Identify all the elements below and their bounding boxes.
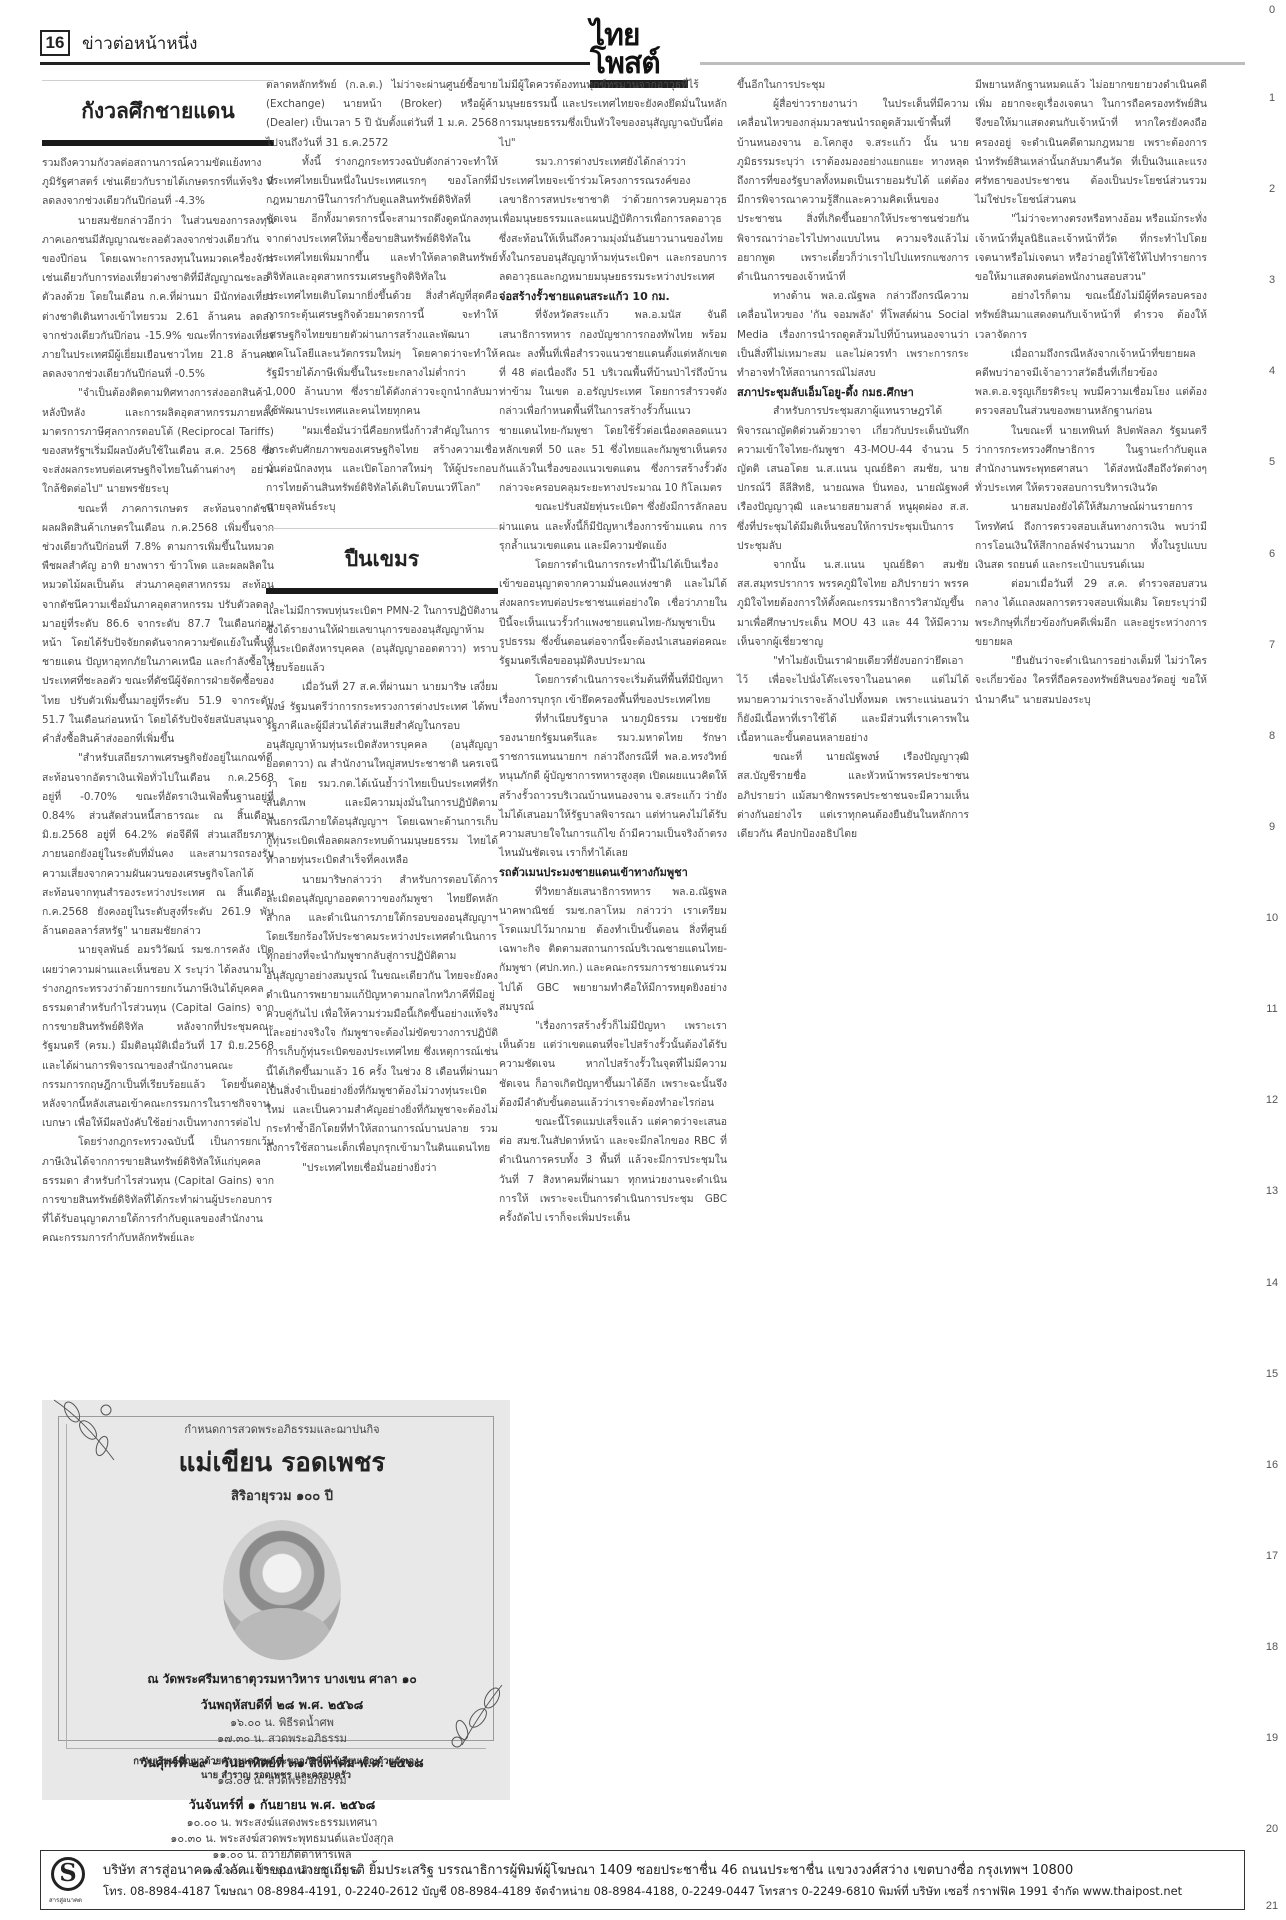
paragraph: จากนั้น น.ส.แนน บุณย์ธิดา สมชัย สส.สมุทร…: [737, 556, 969, 652]
paragraph: นายจุลพันธ์ อมรวิวัฒน์ รมช.การคลัง เปิดเ…: [42, 941, 274, 1133]
paragraph: ที่จังหวัดสระแก้ว พล.อ.มนัส จันดี เสนาธิ…: [499, 306, 727, 498]
paragraph: ต่อมาเมื่อวันที่ 29 ส.ค. ตำรวจสอบสวนกลาง…: [975, 575, 1207, 652]
deceased-name: แม่เขียน รอดเพชร: [92, 1442, 472, 1483]
publisher-info: บริษัท สารสู่อนาคต จำกัด เจ้าของ นายชูเก…: [103, 1859, 1073, 1880]
paragraph: ในขณะที่ นายเทพินท์ ลิปตพัลลภ รัฐมนตรีว่…: [975, 422, 1207, 499]
column-5: มีพยานหลักฐานหมดแล้ว ไม่อยากขยายวงดำเนิน…: [975, 76, 1207, 710]
ruler-mark: 20: [1262, 1823, 1282, 1835]
ruler-mark: 8: [1262, 730, 1282, 742]
paragraph: ขณะที่ ภาคการเกษตร สะท้อนจากดัชนีผลผลิตส…: [42, 500, 274, 750]
title-underline: [42, 140, 274, 146]
schedule-event: ๑๐.๓๐ น. พระสงฆ์สวดพระพุทธมนต์และบังสุกุ…: [92, 1831, 472, 1847]
page-header: 16 ข่าวต่อหน้าหนึ่ง ไทยโพสต์: [40, 22, 1245, 64]
page-ruler: 0 1 2 3 4 5 6 7 8 9 10 11 12 13 14 15 16…: [1262, 0, 1282, 1920]
ruler-mark: 11: [1262, 1003, 1282, 1015]
ruler-mark: 13: [1262, 1185, 1282, 1197]
paragraph: "ทำไมยังเป็นเราฝ่ายเดียวที่ยังบอกว่ายึดเ…: [737, 652, 969, 748]
subheading: สภาประชุมลับเอ็มโอยู-ดึ้ง กมธ.ศึกษา: [737, 383, 969, 402]
paragraph: ที่วิทยาลัยเสนาธิการทหาร พล.อ.ณัฐพล นาคพ…: [499, 883, 727, 1017]
masthead-title: ไทยโพสต์: [590, 22, 692, 78]
masthead-logo: ไทยโพสต์: [590, 22, 692, 62]
schedule-day: วันจันทร์ที่ ๑ กันยายน พ.ศ. ๒๕๖๘: [92, 1795, 472, 1815]
paragraph: "จำเป็นต้องติดตามทิศทางการส่งออกสินค้าหล…: [42, 384, 274, 499]
column-3: ไม่มีผู้ใดควรต้องทนทุกข์ทรมานจากอาวุธที่…: [499, 76, 727, 1228]
obituary-caption: กำหนดการสวดพระอภิธรรมและฌาปนกิจ: [92, 1420, 472, 1438]
obituary-notice: กำหนดการสวดพระอภิธรรมและฌาปนกิจ แม่เขียน…: [42, 1400, 510, 1800]
paragraph: ขึ้นอีกในการประชุม: [737, 76, 969, 95]
ruler-mark: 5: [1262, 456, 1282, 468]
paragraph: นายสมปองยังได้ให้สัมภาษณ์ผ่านรายการโทรทั…: [975, 498, 1207, 575]
ruler-mark: 2: [1262, 183, 1282, 195]
ruler-mark: 10: [1262, 912, 1282, 924]
schedule-event: ๑๖.๐๐ น. พิธีรดน้ำศพ: [92, 1715, 472, 1731]
ruler-mark: 12: [1262, 1094, 1282, 1106]
ruler-mark: 7: [1262, 639, 1282, 651]
article-title: กังวลศึกชายแดน: [42, 95, 274, 140]
ruler-mark: 6: [1262, 548, 1282, 560]
ruler-mark: 18: [1262, 1641, 1282, 1653]
publisher-contact: โทร. 08-8984-4187 โฆษณา 08-8984-4191, 0-…: [103, 1883, 1182, 1901]
ruler-mark: 1: [1262, 92, 1282, 104]
ruler-mark: 0: [1262, 4, 1282, 16]
publisher-footer: สารสู่อนาคต บริษัท สารสู่อนาคต จำกัด เจ้…: [40, 1850, 1245, 1910]
title-underline: [266, 588, 498, 594]
schedule-event: ๑๐.๐๐ น. พระสงฆ์แสดงพระธรรมเทศนา: [92, 1815, 472, 1831]
ruler-mark: 9: [1262, 821, 1282, 833]
column-1: กังวลศึกชายแดน รวมถึงความกังวลต่อสถานการ…: [42, 76, 274, 1249]
paragraph: เมื่อวันที่ 27 ส.ค.ที่ผ่านมา นายมาริษ เส…: [266, 678, 498, 870]
paragraph: ไม่มีผู้ใดควรต้องทนทุกข์ทรมานจากอาวุธที่…: [499, 76, 727, 153]
paragraph: นายสมชัยกล่าวอีกว่า ในส่วนของการลงทุนภาค…: [42, 212, 274, 385]
subheading: จ่อสร้างรั้วชายแดนสระแก้ว 10 กม.: [499, 287, 727, 306]
invitation-text: กราบเรียนเชิญมาด้วยความเคารพและขออภัยที่…: [52, 1755, 500, 1769]
deceased-portrait: [223, 1520, 341, 1660]
section-title: ข่าวต่อหน้าหนึ่ง: [82, 30, 197, 57]
paragraph: อย่างไรก็ตาม ขณะนี้ยังไม่มีผู้ที่ครอบครอ…: [975, 287, 1207, 345]
publisher-logo-caption: สารสู่อนาคต: [49, 1895, 82, 1905]
obituary-invitation: กราบเรียนเชิญมาด้วยความเคารพและขออภัยที่…: [52, 1755, 500, 1783]
host-name: นาย สำราญ รอดเพชร และครอบครัว: [52, 1769, 500, 1783]
ceremony-location: ณ วัดพระศรีมหาธาตุวรมหาวิหาร บางเขน ศาลา…: [92, 1670, 472, 1689]
ruler-mark: 14: [1262, 1277, 1282, 1289]
header-rule-grey: [700, 62, 1245, 65]
paragraph: ขณะปรับสมัยทุ่นระเบิดฯ ซึ่งยังมีการลักลอ…: [499, 498, 727, 556]
paragraph: "สำหรับเสถียรภาพเศรษฐกิจยังอยู่ในเกณฑ์ดี…: [42, 749, 274, 941]
paragraph: นายมาริษกล่าวว่า สำหรับการตอบโต้การละเมิ…: [266, 871, 498, 1159]
newspaper-page: 16 ข่าวต่อหน้าหนึ่ง ไทยโพสต์ กังวลศึกชาย…: [0, 0, 1286, 1920]
paragraph: มีพยานหลักฐานหมดแล้ว ไม่อยากขยายวงดำเนิน…: [975, 76, 1207, 210]
ruler-mark: 15: [1262, 1368, 1282, 1380]
paragraph: ขณะที่ นายณัฐพงษ์ เรืองปัญญาวุฒิ สส.บัญช…: [737, 748, 969, 844]
obituary-content: กำหนดการสวดพระอภิธรรมและฌาปนกิจ แม่เขียน…: [92, 1420, 472, 1879]
paragraph: "เรื่องการสร้างรั้วก็ไม่มีปัญหา เพราะเรา…: [499, 1017, 727, 1113]
paragraph: รวมถึงความกังวลต่อสถานการณ์ความขัดแย้งทา…: [42, 154, 274, 212]
paragraph: ทางด้าน พล.อ.ณัฐพล กล่าวถึงกรณีความเคลื่…: [737, 287, 969, 383]
paragraph: และไม่มีการพบทุ่นระเบิดฯ PMN-2 ในการปฏิบ…: [266, 602, 498, 679]
deceased-age: สิริอายุรวม ๑๐๐ ปี: [92, 1485, 472, 1506]
paragraph: "ยืนยันว่าจะดำเนินการอย่างเต็มที่ ไม่ว่า…: [975, 652, 1207, 710]
paragraph: ที่ทำเนียบรัฐบาล นายภูมิธรรม เวชยชัย รอง…: [499, 710, 727, 864]
ruler-mark: 19: [1262, 1732, 1282, 1744]
header-rule-black: [40, 62, 590, 65]
ruler-mark: 21: [1262, 1900, 1282, 1912]
article-title: ปืนเขมร: [266, 543, 498, 588]
ruler-mark: 4: [1262, 365, 1282, 377]
schedule-event: ๑๗.๓๐ น. สวดพระอภิธรรม: [92, 1731, 472, 1747]
publisher-logo-icon: [51, 1857, 85, 1891]
article-head-cambodia-mines: ปืนเขมร: [266, 528, 498, 594]
ruler-mark: 17: [1262, 1550, 1282, 1562]
paragraph: สำหรับการประชุมสภาผู้แทนราษฎรได้พิจารณาญ…: [737, 402, 969, 556]
column-4: ขึ้นอีกในการประชุม ผู้สื่อข่าวรายงานว่า …: [737, 76, 969, 844]
paragraph: รมว.การต่างประเทศยังได้กล่าวว่า ประเทศไท…: [499, 153, 727, 287]
paragraph: โดยการดำเนินการกระทำนี้ไม่ได้เป็นเรื่องเ…: [499, 556, 727, 671]
paragraph: ขณะนี้โรดแมปเสร็จแล้ว แต่คาดว่าจะเสนอต่อ…: [499, 1113, 727, 1228]
column-2: ตลาดหลักทรัพย์ (ก.ล.ต.) ไม่ว่าจะผ่านศูนย…: [266, 76, 498, 1178]
paragraph: โดยการดำเนินการจะเริ่มต้นที่พื้นที่มีปัญ…: [499, 671, 727, 709]
paragraph: ผู้สื่อข่าวรายงานว่า ในประเด็นที่มีความเ…: [737, 95, 969, 287]
paragraph: "ประเทศไทยเชื่อมั่นอย่างยิ่งว่า: [266, 1159, 498, 1178]
paragraph: โดยร่างกฎกระทรวงฉบับนี้ เป็นการยกเว้นภาษ…: [42, 1133, 274, 1248]
paragraph: ตลาดหลักทรัพย์ (ก.ล.ต.) ไม่ว่าจะผ่านศูนย…: [266, 76, 498, 153]
page-number: 16: [40, 30, 70, 56]
ruler-mark: 3: [1262, 274, 1282, 286]
paragraph: ทั้งนี้ ร่างกฎกระทรวงฉบับดังกล่าวจะทำให้…: [266, 153, 498, 422]
paragraph: "ผมเชื่อมั่นว่านี่คือยกหนึ่งก้าวสำคัญในก…: [266, 422, 498, 518]
ruler-mark: 16: [1262, 1459, 1282, 1471]
paragraph: เมื่อถามถึงกรณีหลังจากเจ้าหน้าที่ขยายผลค…: [975, 345, 1207, 422]
schedule-day: วันพฤหัสบดีที่ ๒๘ พ.ศ. ๒๕๖๘: [92, 1695, 472, 1715]
subheading: รถตัวเมนประมงชายแดนเข้าทางกัมพูชา: [499, 863, 727, 882]
paragraph: "ไม่ว่าจะทางตรงหรือทางอ้อม หรือแม้กระทั่…: [975, 210, 1207, 287]
article-head-border-worry: กังวลศึกชายแดน: [42, 80, 274, 146]
